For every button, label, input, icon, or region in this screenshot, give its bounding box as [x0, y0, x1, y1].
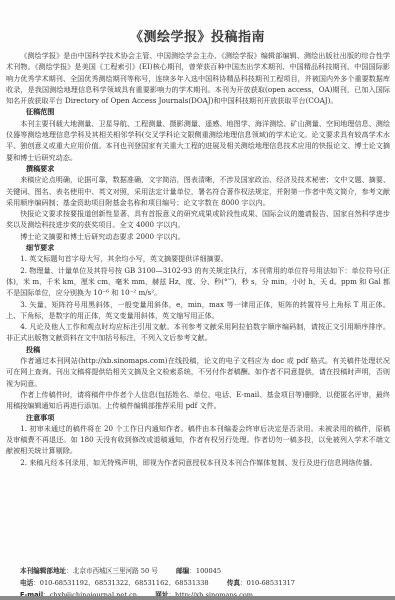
phone-value: 010-68531192、68531322、68531162、68531338 — [40, 579, 209, 587]
section-heading-notes: 注意事项 — [6, 412, 390, 423]
writing-paragraph-1: 来稿应论点明确，论据可靠，数据准确，文字简洁，图表清晰，不涉及国家政治、经济及技… — [6, 174, 390, 208]
fax-label: 传真 — [227, 579, 240, 587]
scope-paragraph: 本刊主要刊载大地测量、卫星导航、工程测量、摄影测量、遥感、地图学、海洋测绘、矿山… — [6, 118, 390, 163]
notes-item-2: 2. 来稿凡经本刊录用，如无特殊声明，即视为作者同意授权本刊及本刊合作媒体复制、… — [6, 457, 390, 468]
page-bottom-border — [0, 596, 395, 600]
submission-paragraph-2: 作者上传稿件时，请将稿件中作者个人信息(包括姓名、单位、电话、E-mail、基金… — [6, 389, 390, 412]
journal-page: 《测绘学报》投稿指南 《测绘学报》是由中国科学技术协会主管、中国测绘学会主办、《… — [0, 0, 395, 596]
details-item-2: 2. 物理量、计量单位及其符号按 GB 3100—3102-93 的有关规定执行… — [6, 265, 390, 299]
details-item-4: 4. 凡论及他人工作和观点时均应标注引用文献。本刊参考文献采用阿拉伯数字顺序编码… — [6, 321, 390, 344]
guide-body: 《测绘学报》是由中国科学技术协会主管、中国测绘学会主办、《测绘学报》编辑部编辑、… — [6, 50, 390, 468]
details-item-1: 1. 英文标题句首字母大写，其余均小写，英文摘要提供详细摘要。 — [6, 253, 390, 264]
submission-paragraph-1: 作者通过本刊网站(http://xb.sinomaps.com)在线投稿，论文的… — [6, 355, 390, 389]
address-label: 本刊编辑部地址 — [20, 567, 66, 575]
section-heading-details: 细节要求 — [6, 242, 390, 253]
notes-item-1: 1. 初审未通过的稿件将在 20 个工作日内通知作者。稿件由本刊编委会终审后决定… — [6, 423, 390, 457]
writing-paragraph-3: 博士论文摘要和博士后研究动态要求 2000 字以内。 — [6, 231, 390, 242]
section-heading-writing: 撰稿要求 — [6, 163, 390, 174]
contact-line-phone: 电话：010-68531192、68531322、68531162、685313… — [20, 577, 390, 589]
address-value: 北京市西城区三里河路 50 号 — [73, 567, 158, 575]
writing-paragraph-2: 快报论文要求按要报道创新性显著、具有首报意义的研究成果或阶段性成果、国际会议的邀… — [6, 208, 390, 231]
page-title: 《测绘学报》投稿指南 — [0, 26, 395, 45]
postcode-value: 100045 — [196, 567, 221, 575]
section-heading-scope: 征稿范围 — [6, 106, 390, 117]
contact-line-address: 本刊编辑部地址：北京市西城区三里河路 50 号 邮编：100045 — [20, 565, 390, 577]
phone-label: 电话 — [20, 579, 33, 587]
section-heading-submission: 投稿 — [6, 344, 390, 355]
details-item-3: 3. 矢量、矩阵符号用黑斜体，一般变量用斜体，e，min，max 等一律用正体，… — [6, 299, 390, 322]
contact-block: 本刊编辑部地址：北京市西城区三里河路 50 号 邮编：100045 电话：010… — [20, 565, 390, 600]
intro-paragraph: 《测绘学报》是由中国科学技术协会主管、中国测绘学会主办、《测绘学报》编辑部编辑、… — [6, 50, 390, 106]
postcode-label: 邮编 — [176, 567, 189, 575]
fax-value: 010-68531317 — [247, 579, 295, 587]
